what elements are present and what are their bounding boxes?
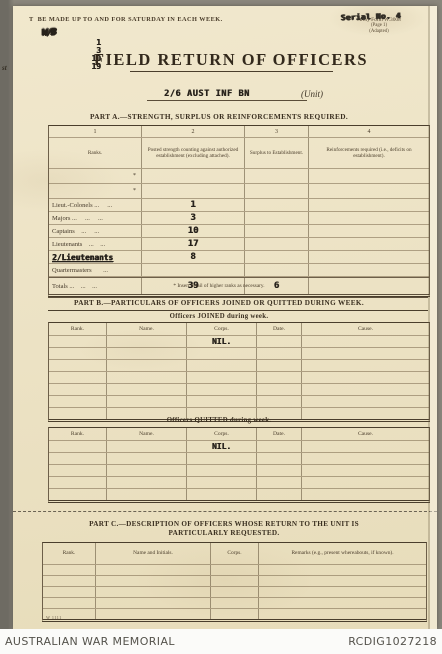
rank-label: Quartermasters ...: [49, 264, 142, 276]
posted-value: 1: [142, 199, 245, 211]
col-header-corps: Corps.: [187, 323, 257, 335]
posted-value: 3: [142, 212, 245, 224]
table-row: [49, 453, 429, 465]
printer-mark: W 1111: [46, 615, 62, 620]
section-divider: [48, 294, 428, 298]
table-row: Lieut.-Colonels ... ... 1: [49, 199, 429, 212]
part-b-heading: PART B.—PARTICULARS OF OFFICERS JOINED O…: [13, 299, 425, 307]
form-adapted-note: (Adapted): [335, 29, 423, 35]
table-row: [43, 609, 426, 619]
archive-source-label: AUSTRALIAN WAR MEMORIAL: [5, 635, 175, 648]
col-number: 4: [309, 126, 429, 137]
ink-smudge-stamp: W/B: [41, 28, 55, 39]
form-paper: T BE MADE UP TO AND FOR SATURDAY IN EACH…: [13, 6, 437, 629]
part-a-table: 1 2 3 4 Ranks. Posted strength counting …: [48, 125, 430, 297]
table-row: [49, 372, 429, 384]
column-header-row: Rank. Name. Corps. Date. Cause.: [49, 323, 429, 336]
table-row: Majors ... ... ... 3: [49, 212, 429, 225]
unit-field: 2/6 AUST INF BN: [147, 88, 307, 101]
table-row: [49, 348, 429, 360]
posted-value: 8: [142, 251, 245, 263]
posted-value: 17: [142, 238, 245, 250]
table-row: [43, 587, 426, 598]
posted-value: 10: [142, 225, 245, 237]
margin-mark: st: [2, 64, 7, 72]
rank-label: Majors ... ... ...: [49, 212, 142, 224]
column-header-row: Rank. Name and Initials. Corps. Remarks …: [43, 543, 426, 565]
col-number: 3: [245, 126, 309, 137]
col-number: 2: [142, 126, 245, 137]
col-number: 1: [49, 126, 142, 137]
table-row: NIL.: [49, 336, 429, 348]
col-header-date: Date.: [257, 428, 302, 440]
part-a-footnote: * Insert detail of higher ranks as neces…: [13, 283, 425, 289]
table-row: [43, 565, 426, 576]
table-row: Lieutenants ... ... 17: [49, 238, 429, 251]
asterisk-cell: *: [49, 169, 142, 183]
col-header-name: Name.: [107, 428, 187, 440]
col-header-date: Date.: [257, 323, 302, 335]
table-row: NIL.: [49, 441, 429, 453]
asterisk-cell: *: [49, 184, 142, 198]
col-header-reinforcements: Reinforcements required (i.e., deficits …: [309, 138, 429, 168]
table-row: Quartermasters ...: [49, 264, 429, 277]
rank-label-typed: 2/Lieutenants: [49, 251, 142, 263]
posted-value: [142, 264, 245, 276]
archive-reference-id: RCDIG1027218: [348, 635, 437, 648]
col-header-cause: Cause.: [302, 323, 429, 335]
rule: [48, 310, 428, 311]
rank-label: Lieut.-Colonels ... ...: [49, 199, 142, 211]
rank-label: Captains ... ...: [49, 225, 142, 237]
col-header-rank: Rank.: [43, 543, 96, 564]
column-number-row: 1 2 3 4: [49, 126, 429, 138]
table-row: [49, 360, 429, 372]
officers-quitted-title: Officers QUITTED during week.: [13, 417, 425, 424]
table-row: [49, 489, 429, 500]
form-number-block: Serial No. 4 Army Form W.3008 (Page 1) (…: [335, 10, 423, 34]
table-row: [49, 477, 429, 489]
scanned-document-page: T BE MADE UP TO AND FOR SATURDAY IN EACH…: [0, 0, 442, 654]
table-row: [49, 465, 429, 477]
table-row: 2/Lieutenants 8: [49, 251, 429, 264]
unit-label: (Unit): [301, 89, 323, 99]
unit-value: 2/6 AUST INF BN: [164, 89, 250, 99]
table-row: *: [49, 184, 429, 199]
officers-joined-title: Officers JOINED during week.: [13, 313, 425, 320]
part-c-table: Rank. Name and Initials. Corps. Remarks …: [42, 542, 427, 622]
nil-entry: NIL.: [187, 336, 257, 347]
table-row: [49, 396, 429, 408]
table-row: [49, 384, 429, 396]
nil-entry: NIL.: [187, 441, 257, 452]
col-header-rank: Rank.: [49, 323, 107, 335]
title-underline: [130, 71, 333, 72]
perforation-line: [13, 511, 437, 512]
table-row: *: [49, 169, 429, 184]
column-header-row: Ranks. Posted strength counting against …: [49, 138, 429, 169]
form-title: FIELD RETURN OF OFFICERS: [81, 50, 381, 70]
col-header-ranks: Ranks.: [49, 138, 142, 168]
table-row: [43, 598, 426, 609]
table-row: Captains ... ... 10: [49, 225, 429, 238]
officers-joined-table: Rank. Name. Corps. Date. Cause. NIL.: [48, 322, 430, 422]
col-header-corps: Corps.: [187, 428, 257, 440]
col-header-name-initials: Name and Initials.: [96, 543, 211, 564]
part-a-heading: PART A.—STRENGTH, SURPLUS OR REINFORCEME…: [13, 112, 425, 121]
col-header-name: Name.: [107, 323, 187, 335]
table-row: [43, 576, 426, 587]
col-header-surplus: Surplus to Establishment.: [245, 138, 309, 168]
col-header-rank: Rank.: [49, 428, 107, 440]
officers-quitted-table: Rank. Name. Corps. Date. Cause. NIL.: [48, 427, 430, 503]
rank-label: Lieutenants ... ...: [49, 238, 142, 250]
top-note: T BE MADE UP TO AND FOR SATURDAY IN EACH…: [29, 16, 223, 23]
part-c-heading: PART C.—DESCRIPTION OF OFFICERS WHOSE RE…: [58, 520, 390, 538]
archive-caption-bar: AUSTRALIAN WAR MEMORIAL RCDIG1027218: [0, 629, 442, 654]
column-header-row: Rank. Name. Corps. Date. Cause.: [49, 428, 429, 441]
paper-edge-strip: [430, 6, 437, 629]
col-header-cause: Cause.: [302, 428, 429, 440]
col-header-posted-strength: Posted strength counting against authori…: [142, 138, 245, 168]
col-header-remarks: Remarks (e.g., present whereabouts, if k…: [259, 543, 426, 564]
col-header-corps: Corps.: [211, 543, 259, 564]
